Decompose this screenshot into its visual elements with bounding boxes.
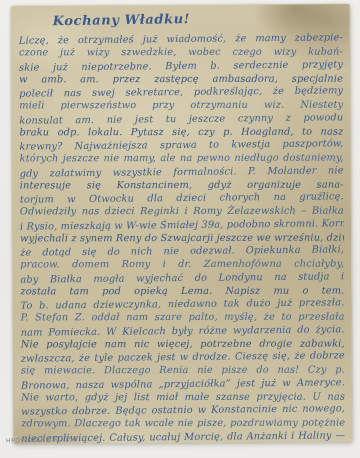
- letter-line: Odwiedziły nas dzieci Reginki i Romy Żel…: [20, 205, 344, 219]
- letter-body: Liczę, że otrzymałeś już wiadomość, że m…: [19, 32, 346, 445]
- letter-line: pracow. domem Romy i dr. Zamenhofówna ch…: [20, 258, 344, 272]
- letter-salutation: Kochany Władku!: [53, 9, 343, 34]
- letter-line: których jeszcze nie mamy, ale na pewno n…: [20, 152, 344, 166]
- letter-line: mieli pierwszeństwo przy otrzymaniu wiz.…: [19, 99, 343, 113]
- letter-paper: Kochany Władku! Liczę, że otrzymałeś już…: [11, 4, 353, 444]
- letter-line: P. Stefan Z. oddał nam szare palto, myśl…: [21, 311, 345, 325]
- letter-line: czone już wizy szwedzkie, wobec czego wi…: [19, 46, 343, 60]
- archival-pencil-note: HPOWNTANO m. 150: [6, 436, 78, 445]
- scan-background: Kochany Władku! Liczę, że otrzymałeś już…: [0, 0, 360, 458]
